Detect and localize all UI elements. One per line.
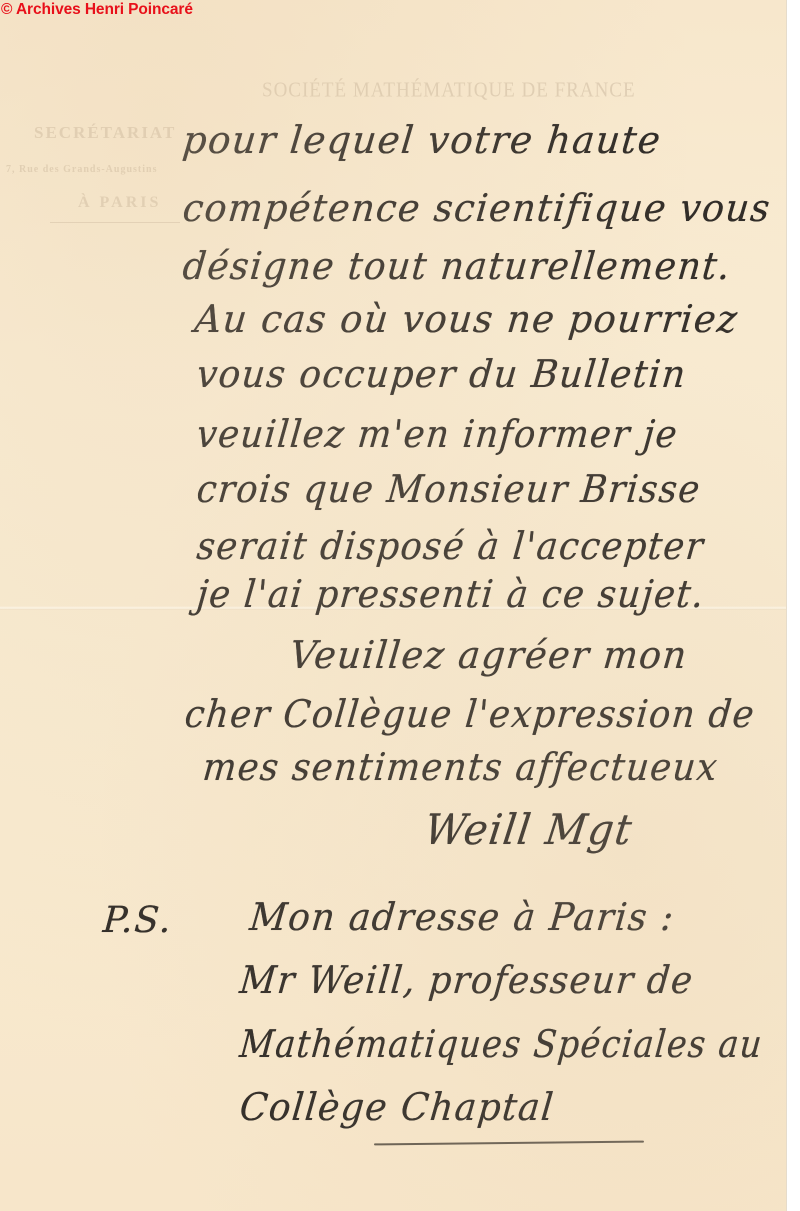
- letter-line: pour lequel votre haute: [181, 118, 664, 162]
- letter-line: vous occuper du Bulletin: [195, 352, 689, 396]
- postscript-line: Mathématiques Spéciales au: [238, 1022, 765, 1066]
- letter-line: crois que Monsieur Brisse: [195, 467, 703, 511]
- scan-margin: [786, 0, 800, 1211]
- signature: Weill Mgt: [422, 805, 636, 854]
- letterhead-address: 7, Rue des Grands-Augustins: [6, 164, 157, 175]
- ink-dot: [449, 816, 452, 819]
- copyright-watermark: © Archives Henri Poincaré: [1, 1, 193, 19]
- closing-flourish-line: [374, 1141, 644, 1146]
- postscript-line: Mon adresse à Paris :: [248, 895, 677, 939]
- letter-line: Au cas où vous ne pourriez: [193, 297, 741, 341]
- postscript-line: Mr Weill, professeur de: [238, 958, 696, 1002]
- letter-line: veuillez m'en informer je: [195, 412, 680, 456]
- letterhead-society: SOCIÉTÉ MATHÉMATIQUE DE FRANCE: [262, 79, 636, 103]
- letter-page: SOCIÉTÉ MATHÉMATIQUE DE FRANCE SECRÉTARI…: [0, 0, 786, 1211]
- closing-line: mes sentiments affectueux: [201, 745, 721, 789]
- letter-line: compétence scientifique vous: [181, 186, 773, 230]
- letter-line: je l'ai pressenti à ce sujet.: [195, 572, 707, 616]
- letterhead-rule: [50, 222, 180, 223]
- postscript-label: P.S.: [102, 900, 174, 941]
- letterhead-secretariat: SECRÉTARIAT: [34, 123, 176, 143]
- postscript-line: Collège Chaptal: [238, 1085, 557, 1129]
- closing-line: Veuillez agréer mon: [288, 633, 690, 677]
- letter-line: serait disposé à l'accepter: [195, 524, 706, 568]
- letterhead-city: À PARIS: [78, 194, 161, 212]
- closing-line: cher Collègue l'expression de: [183, 692, 757, 736]
- letter-line: désigne tout naturellement.: [181, 244, 734, 288]
